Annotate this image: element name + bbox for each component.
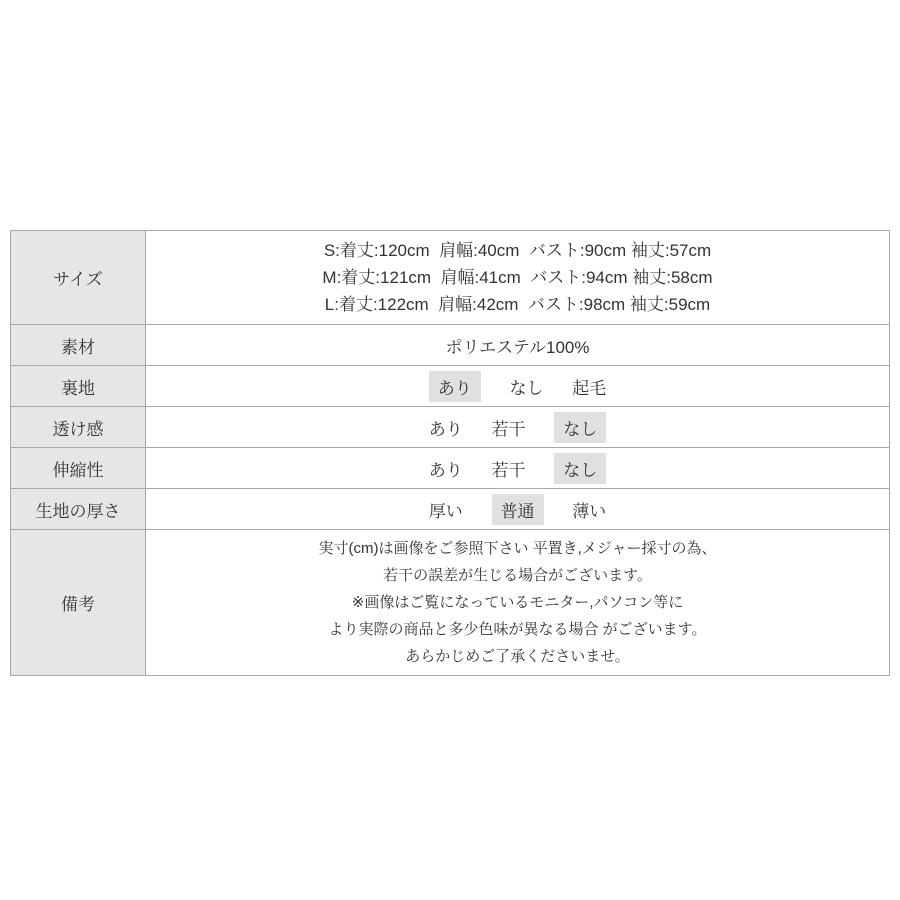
option-ari: あり xyxy=(429,453,463,484)
row-label-notes: 備考 xyxy=(11,530,146,676)
size-line-l: L:着丈:122cm 肩幅:42cm バスト:98cm 袖丈:59cm xyxy=(154,291,881,318)
spec-table: サイズ S:着丈:120cm 肩幅:40cm バスト:90cm 袖丈:57cm … xyxy=(10,230,890,676)
lining-options-cell: あり なし 起毛 xyxy=(146,366,890,407)
option-jakkan: 若干 xyxy=(492,453,526,484)
thickness-options-cell: 厚い 普通 薄い xyxy=(146,489,890,530)
option-jakkan: 若干 xyxy=(492,412,526,443)
option-atsui: 厚い xyxy=(429,494,463,525)
row-label-sheerness: 透け感 xyxy=(11,407,146,448)
option-usui: 薄い xyxy=(572,494,606,525)
notes-cell: 実寸(cm)は画像をご参照下さい 平置き,メジャー採寸の為、 若干の誤差が生じる… xyxy=(146,530,890,676)
option-kimou: 起毛 xyxy=(572,371,606,402)
row-stretch: 伸縮性 あり 若干 なし xyxy=(11,448,890,489)
row-notes: 備考 実寸(cm)は画像をご参照下さい 平置き,メジャー採寸の為、 若干の誤差が… xyxy=(11,530,890,676)
size-values-cell: S:着丈:120cm 肩幅:40cm バスト:90cm 袖丈:57cm M:着丈… xyxy=(146,231,890,325)
notes-line-1: 実寸(cm)は画像をご参照下さい 平置き,メジャー採寸の為、 xyxy=(154,535,881,562)
stretch-options-cell: あり 若干 なし xyxy=(146,448,890,489)
product-spec-page: サイズ S:着丈:120cm 肩幅:40cm バスト:90cm 袖丈:57cm … xyxy=(0,0,900,900)
notes-line-4: より実際の商品と多少色味が異なる場合 がございます。 xyxy=(154,616,881,643)
material-value: ポリエステル100% xyxy=(146,325,890,366)
notes-line-5: あらかじめご了承くださいませ。 xyxy=(154,643,881,670)
option-nashi: なし xyxy=(554,453,606,484)
row-thickness: 生地の厚さ 厚い 普通 薄い xyxy=(11,489,890,530)
option-nashi: なし xyxy=(510,371,544,402)
option-ari: あり xyxy=(429,412,463,443)
row-material: 素材 ポリエステル100% xyxy=(11,325,890,366)
size-line-s: S:着丈:120cm 肩幅:40cm バスト:90cm 袖丈:57cm xyxy=(154,237,881,264)
row-label-stretch: 伸縮性 xyxy=(11,448,146,489)
option-nashi: なし xyxy=(554,412,606,443)
row-label-lining: 裏地 xyxy=(11,366,146,407)
size-line-m: M:着丈:121cm 肩幅:41cm バスト:94cm 袖丈:58cm xyxy=(154,264,881,291)
sheerness-options-cell: あり 若干 なし xyxy=(146,407,890,448)
option-futsuu: 普通 xyxy=(492,494,544,525)
row-lining: 裏地 あり なし 起毛 xyxy=(11,366,890,407)
notes-line-3: ※画像はご覧になっているモニター,パソコン等に xyxy=(154,589,881,616)
row-size: サイズ S:着丈:120cm 肩幅:40cm バスト:90cm 袖丈:57cm … xyxy=(11,231,890,325)
option-ari: あり xyxy=(429,371,481,402)
row-sheerness: 透け感 あり 若干 なし xyxy=(11,407,890,448)
row-label-material: 素材 xyxy=(11,325,146,366)
notes-line-2: 若干の誤差が生じる場合がございます。 xyxy=(154,562,881,589)
row-label-thickness: 生地の厚さ xyxy=(11,489,146,530)
row-label-size: サイズ xyxy=(11,231,146,325)
